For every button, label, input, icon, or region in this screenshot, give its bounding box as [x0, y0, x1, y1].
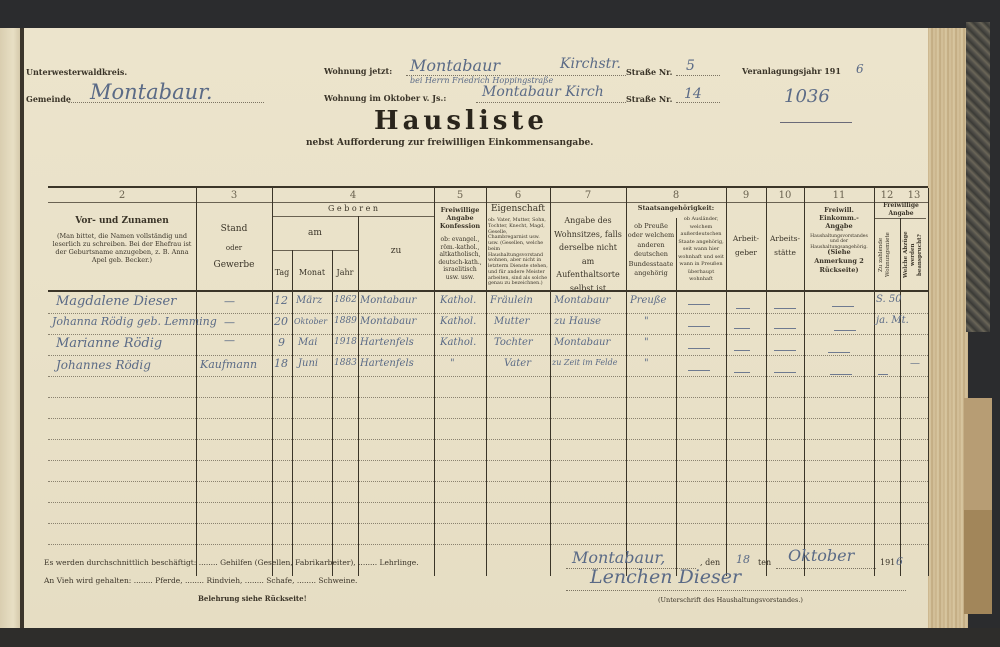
footer-place: Montabaur,	[572, 548, 665, 567]
footer-signature: Lenchen Dieser	[590, 566, 741, 588]
col-divider	[900, 218, 901, 576]
empty-dash	[736, 308, 750, 309]
row1-konfession: Kathol.	[440, 295, 476, 306]
header-gewerbe: Gewerbe	[196, 260, 272, 271]
row-line	[48, 376, 928, 377]
row1-jahr: 1862	[334, 295, 357, 305]
month-dotline	[776, 568, 876, 569]
row-line	[48, 523, 928, 524]
row-line	[48, 355, 928, 356]
empty-dash	[734, 372, 750, 373]
header-zu: zu	[358, 246, 434, 257]
header-col13: Welche Abzüge werden beansprucht?	[903, 222, 925, 288]
footer-belehrung: Belehrung siehe Rückseite!	[198, 594, 307, 603]
row-line	[48, 502, 928, 503]
book-bottom-edge	[0, 628, 1000, 647]
empty-dash	[832, 306, 854, 307]
col-number: 12	[874, 190, 900, 203]
row4-jahr: 1883	[334, 358, 357, 368]
left-page-edge	[0, 28, 22, 628]
row-line	[48, 334, 928, 335]
header-staats-auslaender: ob Ausländer, welchem außerdeutschen Sta…	[677, 216, 725, 284]
header-stand: Stand	[196, 224, 272, 235]
col-number: 7	[550, 190, 626, 203]
col-number: 6	[486, 190, 550, 203]
empty-dash	[688, 348, 710, 349]
col-divider	[874, 188, 875, 576]
col-number: 3	[196, 190, 272, 203]
header-geboren: G e b o r e n	[272, 204, 434, 214]
wohnung-jetzt-street: Kirchstr.	[560, 56, 621, 72]
row3-staat: "	[644, 337, 649, 348]
col-number: 8	[626, 190, 726, 203]
header-einkommen-ref: (Siehe Anmerkung 2 Rückseite)	[806, 248, 872, 274]
empty-dash	[688, 304, 710, 305]
header-staatsangehoerigkeit: Staatsangehörigkeit:	[626, 204, 726, 212]
strasse-nr-label: Straße Nr.	[626, 67, 672, 77]
row3-eigenschaft: Tochter	[494, 337, 533, 348]
empty-dash	[688, 370, 710, 371]
footer-livestock: An Vieh wird gehalten: ........ Pferde, …	[44, 576, 357, 585]
row2-konfession: Kathol.	[440, 316, 476, 327]
row3-wohnsitz: Montabaur	[554, 337, 610, 348]
row3-monat: Mai	[298, 337, 317, 348]
header-bottom-border	[48, 290, 928, 292]
col-divider	[272, 188, 273, 576]
register-underline	[780, 122, 852, 123]
col-number: 2	[48, 190, 196, 203]
empty-dash	[774, 372, 796, 373]
col-divider	[726, 188, 727, 576]
footer-year-suffix: 6	[896, 555, 903, 568]
strasse-nr-dotline-2	[676, 102, 720, 103]
col-divider	[804, 188, 805, 576]
row-line	[48, 313, 928, 314]
col-number: 9	[726, 190, 766, 203]
footer-year-prefix: 191	[880, 558, 895, 567]
document-title: Hausliste	[374, 106, 548, 136]
row2-tag: 20	[274, 315, 288, 328]
row1-tag: 12	[274, 294, 288, 307]
row4-konfession: "	[450, 358, 455, 369]
wohnung-jetzt-nr: 5	[686, 58, 695, 74]
header-staats-preusse: ob Preuße oder welchem anderen deutschen…	[627, 222, 675, 279]
row1-col12: S. 50	[876, 294, 902, 305]
row-line	[48, 481, 928, 482]
table-top-border	[48, 186, 928, 188]
district-label: Unterwesterwaldkreis.	[26, 67, 127, 77]
header-arbeitsstaette: Arbeits-stätte	[768, 232, 802, 261]
header-arbeitgeber: Arbeit-geber	[728, 232, 764, 261]
row1-wohnsitz: Montabaur	[554, 295, 610, 306]
row4-tag: 18	[274, 357, 288, 370]
header-name: Vor- und Zunamen	[48, 216, 196, 227]
empty-dash	[734, 350, 750, 351]
row4-ort: Hartenfels	[360, 358, 414, 369]
row2-stand: —	[224, 316, 235, 329]
row4-eigenschaft: Vater	[504, 358, 531, 369]
empty-dash	[830, 374, 852, 375]
row1-ort: Montabaur	[360, 295, 416, 306]
footer-month: Oktober	[788, 546, 854, 565]
footer-employees: Es werden durchschnittlich beschäftigt: …	[44, 558, 419, 567]
wohnung-oktober-label: Wohnung im Oktober v. Js.:	[324, 93, 446, 103]
row4-col13: —	[910, 358, 920, 369]
col-number: 13	[900, 190, 928, 203]
empty-dash	[688, 326, 710, 327]
empty-dash	[774, 350, 796, 351]
row3-stand: —	[224, 334, 235, 347]
header-am: am	[272, 228, 358, 239]
col-divider	[766, 188, 767, 576]
col-divider	[434, 188, 435, 576]
document-page: Unterwesterwaldkreis. Gemeinde Montabaur…	[24, 28, 928, 628]
header-eigenschaft-note: ob: Vater, Mutter, Sohn, Tochter, Knecht…	[488, 218, 548, 287]
header-eigenschaft: Eigenschaft	[486, 204, 550, 215]
row-line	[48, 418, 928, 419]
col-divider	[292, 250, 293, 576]
empty-dash	[774, 328, 796, 329]
col-divider	[928, 188, 929, 576]
wohnung-oktober-nr: 14	[684, 86, 702, 102]
header-konfession-note: ob: evangel., röm.-kathol., altkatholisc…	[436, 236, 484, 281]
empty-dash	[878, 374, 888, 375]
row-line	[48, 544, 928, 545]
row-line	[48, 460, 928, 461]
row1-eigenschaft: Fräulein	[490, 295, 533, 306]
row3-konfession: Kathol.	[440, 337, 476, 348]
col-divider	[486, 188, 487, 576]
row2-monat: Oktober	[294, 317, 327, 326]
col-number: 4	[272, 190, 434, 203]
col-divider	[358, 216, 359, 576]
page-stack-edge	[926, 28, 968, 628]
household-table: 2 3 4 5 6 7 8 9 10 11 12 13 Vor- und Zun…	[48, 188, 928, 573]
wohnung-oktober-value: Montabaur Kirch	[482, 84, 604, 100]
col-number: 11	[804, 190, 874, 203]
header-monat: Monat	[292, 268, 332, 278]
header-einkommen: Freiwill. Einkomm.-Angabe	[806, 206, 872, 230]
signature-dotline	[566, 590, 906, 591]
header-jahr: Jahr	[332, 268, 358, 278]
footer-ten: ten	[758, 558, 771, 567]
bookmark-tab-lower	[964, 510, 992, 614]
gemeinde-value: Montabaur.	[90, 80, 213, 104]
document-subtitle: nebst Aufforderung zur freiwilligen Eink…	[306, 138, 593, 148]
row-line	[48, 397, 928, 398]
footer-day: 18	[736, 553, 750, 566]
wohnung-jetzt-value: Montabaur	[410, 56, 500, 75]
veranlagungsjahr-value: 6	[856, 62, 864, 76]
header-wohnsitz: Angabe des Wohnsitzes, falls derselbe ni…	[552, 214, 624, 296]
row2-jahr: 1889	[334, 316, 357, 326]
row3-jahr: 1918	[334, 337, 357, 347]
row1-staat: Preuße	[630, 295, 666, 306]
gemeinde-label: Gemeinde	[26, 94, 71, 104]
row4-stand: Kaufmann	[200, 358, 257, 371]
empty-dash	[828, 352, 850, 353]
row1-name: Magdalene Dieser	[56, 294, 176, 309]
footer-signature-caption: (Unterschrift des Haushaltungsvorstandes…	[658, 596, 803, 604]
header-oder: oder	[196, 244, 272, 253]
row4-monat: Juni	[298, 358, 318, 369]
geboren-line	[272, 216, 434, 217]
strasse-nr-label-2: Straße Nr.	[626, 94, 672, 104]
col-number: 10	[766, 190, 804, 203]
col-divider	[332, 250, 333, 576]
row3-ort: Hartenfels	[360, 337, 414, 348]
header-col12: Zu zahlende Wohnungsmiete	[878, 222, 896, 288]
row4-staat: "	[644, 358, 649, 369]
veranlagungsjahr-label: Veranlagungsjahr 191	[742, 66, 841, 76]
register-number: 1036	[784, 86, 830, 107]
header-einkommen-note: des Haushaltungsvorstandes und der Haush…	[806, 228, 872, 250]
row2-col12: ja. Mt.	[876, 315, 909, 326]
empty-dash	[834, 330, 856, 331]
col-number: 5	[434, 190, 486, 203]
row2-name: Johanna Rödig geb. Lemming	[52, 315, 217, 328]
row-line	[48, 439, 928, 440]
row4-wohnsitz: zu Zeit im Felde	[552, 358, 617, 367]
marbled-cover-edge	[966, 22, 990, 332]
row2-wohnsitz: zu Hause	[554, 316, 601, 327]
row3-name: Marianne Rödig	[56, 336, 162, 351]
row2-eigenschaft: Mutter	[494, 316, 529, 327]
row4-name: Johannes Rödig	[56, 358, 151, 372]
header-freiwillige: Freiwillige Angabe	[874, 202, 928, 217]
strasse-nr-dotline	[676, 75, 720, 76]
empty-dash	[774, 308, 796, 309]
empty-dash	[734, 328, 750, 329]
header-konfession: Freiwillige Angabe Konfession	[436, 206, 484, 230]
col-divider	[550, 188, 551, 576]
row3-tag: 9	[278, 336, 285, 349]
row2-ort: Montabaur	[360, 316, 416, 327]
header-tag: Tag	[272, 268, 292, 278]
row1-stand: —	[224, 295, 235, 308]
am-line	[272, 250, 358, 251]
row1-monat: März	[296, 295, 322, 306]
row2-staat: "	[644, 316, 649, 327]
wohnung-jetzt-label: Wohnung jetzt:	[324, 66, 392, 76]
wohnung-oktober-dotline	[476, 102, 626, 103]
header-name-note: (Man bittet, die Namen vollständig und l…	[52, 232, 192, 265]
